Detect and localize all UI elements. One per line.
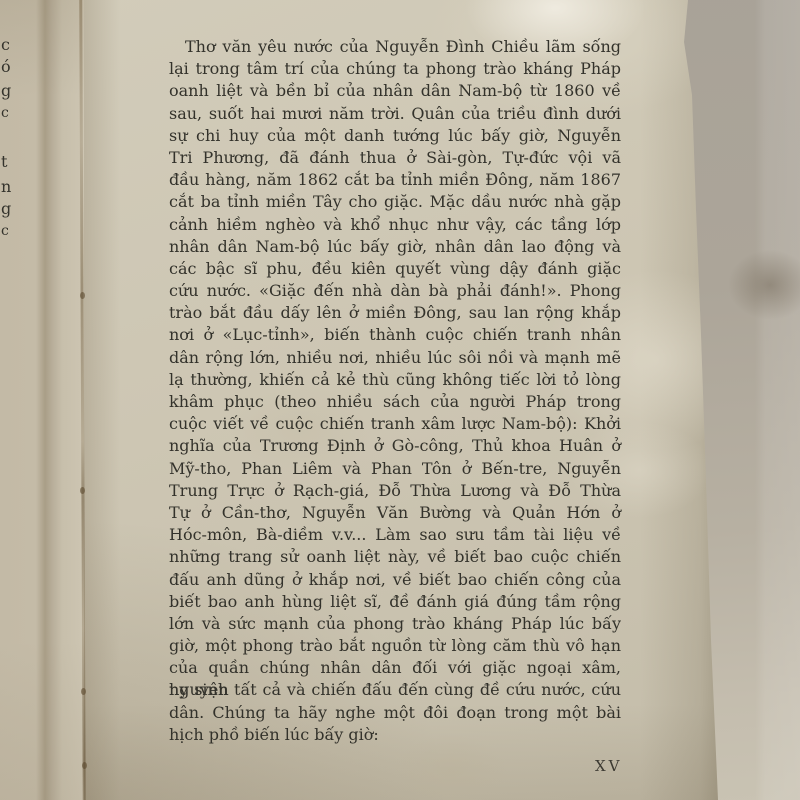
text-line: Tự ở Cần-thơ, Nguyễn Văn Bường và Quản H…	[169, 502, 621, 524]
text-line: dân rộng lớn, nhiều nơi, nhiều lúc sôi n…	[169, 347, 621, 369]
text-line: khâm phục (theo nhiều sách của người Phá…	[169, 391, 621, 413]
text-line: Trung Trực ở Rạch-giá, Đỗ Thừa Lương và …	[169, 480, 621, 502]
text-line: sự chi huy của một danh tướng lúc bấy gi…	[169, 125, 621, 147]
cut-off-letter: c	[1, 37, 10, 53]
text-line: nơi ở «Lục-tỉnh», biến thành cuộc chiến …	[169, 324, 621, 346]
text-line: các bậc sĩ phu, đều kiên quyết vùng dậy …	[169, 258, 621, 280]
crease-speck	[82, 762, 87, 769]
text-line: cuộc viết về cuộc chiến tranh xâm lược N…	[169, 413, 621, 435]
cut-off-letter: ó	[1, 59, 11, 75]
text-line: trào bắt đầu dấy lên ở miền Đông, sau la…	[169, 302, 621, 324]
text-line: cứu nước. «Giặc đến nhà dàn bà phải đánh…	[169, 280, 621, 302]
text-line: oanh liệt và bền bỉ của nhân dân Nam-bộ …	[169, 80, 621, 102]
text-line: Mỹ-tho, Phan Liêm và Phan Tôn ở Bến-tre,…	[169, 458, 621, 480]
cut-off-letter: c	[1, 106, 9, 120]
text-line: lại trong tâm trí của chúng ta phong trà…	[169, 58, 621, 80]
book-page-photo: Thơ văn yêu nước của Nguyễn Đình Chiều l…	[0, 0, 800, 800]
text-line: của quần chúng nhân dân đối với giặc ngo…	[169, 657, 621, 679]
text-line: hy sinh tất cả và chiến đấu đến cùng đề …	[169, 679, 621, 701]
cut-off-letter: g	[1, 201, 11, 217]
crease-speck	[81, 688, 86, 695]
cut-off-letter: n	[1, 179, 11, 195]
text-line: dân. Chúng ta hãy nghe một đôi đoạn tron…	[169, 702, 621, 724]
body-text: Thơ văn yêu nước của Nguyễn Đình Chiều l…	[169, 36, 621, 746]
text-line: Hóc-môn, Bà-diềm v.v... Làm sao sưu tầm …	[169, 524, 621, 546]
text-line: nghĩa của Trương Định ở Gò-công, Thủ kho…	[169, 435, 621, 457]
text-line: cắt ba tỉnh miền Tây cho giặc. Mặc dầu n…	[169, 191, 621, 213]
text-line: Tri Phương, đã đánh thua ở Sài-gòn, Tự-đ…	[169, 147, 621, 169]
text-line: cảnh hiềm nghèo và khổ nhục như vậy, các…	[169, 214, 621, 236]
text-line: sau, suốt hai mươi năm trời. Quân của tr…	[169, 103, 621, 125]
crease-speck	[80, 292, 85, 299]
cut-off-letter: g	[1, 83, 11, 99]
text-line: lớn và sức mạnh của phong trào kháng Phá…	[169, 613, 621, 635]
text-line: lạ thường, khiến cả kẻ thù cũng không ti…	[169, 369, 621, 391]
text-line: biết bao anh hùng liệt sĩ, đề đánh giá đ…	[169, 591, 621, 613]
text-line: đầu hàng, năm 1862 cắt ba tỉnh miền Đông…	[169, 169, 621, 191]
crease-speck	[80, 487, 85, 494]
cut-off-letter: c	[1, 224, 9, 238]
text-line: Thơ văn yêu nước của Nguyễn Đình Chiều l…	[169, 36, 621, 58]
facing-page-edge: cógctngc	[0, 0, 84, 800]
cut-off-letter: t	[1, 154, 7, 170]
page-number: XV	[595, 757, 623, 775]
text-line: giờ, một phong trào bắt nguồn từ lòng că…	[169, 635, 621, 657]
text-line: nhân dân Nam-bộ lúc bấy giờ, nhân dân la…	[169, 236, 621, 258]
text-line: đấu anh dũng ở khắp nơi, về biết bao chi…	[169, 569, 621, 591]
text-line: những trang sử oanh liệt này, về biết ba…	[169, 546, 621, 568]
book-page: Thơ văn yêu nước của Nguyễn Đình Chiều l…	[0, 0, 800, 800]
